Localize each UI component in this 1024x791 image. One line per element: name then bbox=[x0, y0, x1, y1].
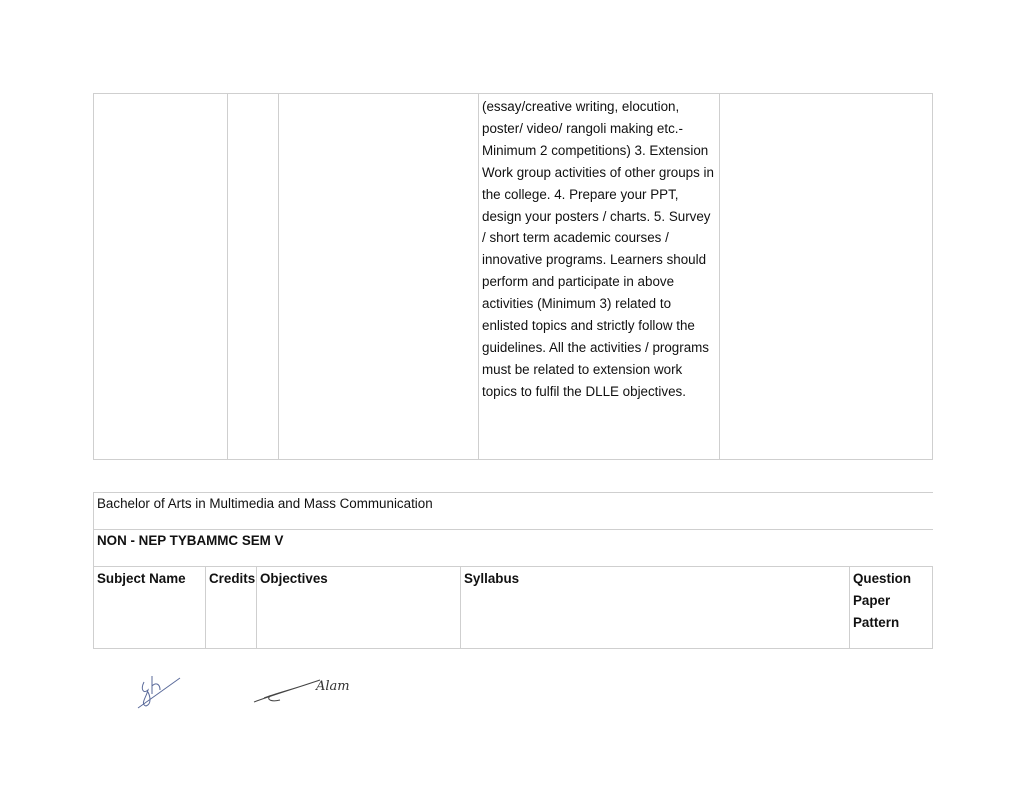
syllabus-cell: (essay/creative writing, elocution, post… bbox=[479, 94, 720, 460]
question-paper-cell bbox=[720, 94, 933, 460]
program-title: Bachelor of Arts in Multimedia and Mass … bbox=[97, 493, 930, 511]
header-credits: Credits bbox=[206, 567, 257, 649]
signature-2: Alam bbox=[250, 672, 360, 708]
objectives-cell bbox=[279, 94, 479, 460]
subject-name-cell bbox=[94, 94, 228, 460]
header-objectives: Objectives bbox=[257, 567, 461, 649]
semester-table: Bachelor of Arts in Multimedia and Mass … bbox=[93, 492, 933, 649]
header-row: Subject Name Credits Objectives Syllabus… bbox=[94, 567, 933, 649]
credits-cell bbox=[228, 94, 279, 460]
syllabus-continuation-table: (essay/creative writing, elocution, post… bbox=[93, 93, 933, 460]
svg-text:Alam: Alam bbox=[315, 679, 350, 694]
program-title-row: Bachelor of Arts in Multimedia and Mass … bbox=[94, 493, 933, 530]
header-question-paper-pattern: Question Paper Pattern bbox=[850, 567, 933, 649]
semester-title: NON - NEP TYBAMMC SEM V bbox=[97, 530, 930, 548]
syllabus-text: (essay/creative writing, elocution, post… bbox=[482, 94, 716, 403]
semester-title-row: NON - NEP TYBAMMC SEM V bbox=[94, 530, 933, 567]
signature-1 bbox=[130, 668, 190, 716]
header-syllabus: Syllabus bbox=[461, 567, 850, 649]
header-subject-name: Subject Name bbox=[94, 567, 206, 649]
table-row: (essay/creative writing, elocution, post… bbox=[94, 94, 933, 460]
